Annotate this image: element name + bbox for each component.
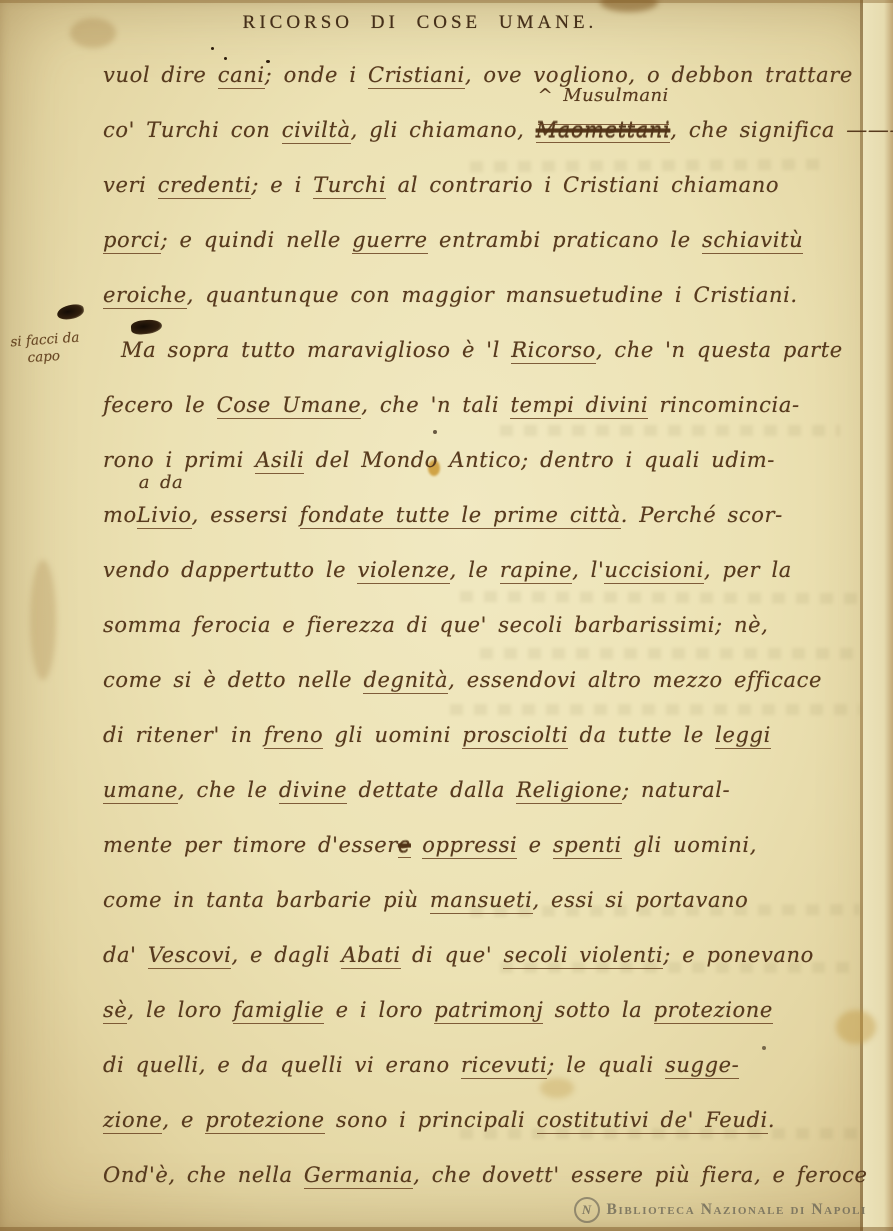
manuscript-line: Ma sopra tutto maraviglioso è 'l Ricorso… xyxy=(103,323,865,378)
manuscript-line: veri credenti; e i Turchi al contrario i… xyxy=(103,158,865,213)
manuscript-line: rono i primi Asili del Mondo Antico; den… xyxy=(103,433,865,488)
manuscript-line: come in tanta barbarie più mansueti, ess… xyxy=(103,873,865,928)
manuscript-line: di ritener' in freno gli uomini prosciol… xyxy=(103,708,865,763)
manuscript-line: porci; e quindi nelle guerre entrambi pr… xyxy=(103,213,865,268)
library-watermark-text: Biblioteca Nazionale di Napoli xyxy=(607,1201,867,1219)
library-watermark: N Biblioteca Nazionale di Napoli xyxy=(574,1197,867,1223)
manuscript-line: fecero le Cose Umane, che 'n tali tempi … xyxy=(103,378,865,433)
manuscript-line: da' Vescovi, e dagli Abati di que' secol… xyxy=(103,928,865,983)
manuscript-text: vuol dire cani; onde i Cristiani, ove vo… xyxy=(103,48,865,1203)
manuscript-line: sè, le loro famiglie e i loro patrimonj … xyxy=(103,983,865,1038)
manuscript-line: di quelli, e da quelli vi erano ricevuti… xyxy=(103,1038,865,1093)
manuscript-line: eroiche, quantunque con maggior mansuetu… xyxy=(103,268,865,323)
ink-blot-icon xyxy=(56,303,85,321)
page-top-edge xyxy=(0,0,893,3)
interlinear-insertion: a da xyxy=(139,455,183,510)
manuscript-line: zione, e protezione sono i principali co… xyxy=(103,1093,865,1148)
manuscript-line: moa daLivio, essersi fondate tutte le pr… xyxy=(103,488,865,543)
manuscript-page: RICORSO DI COSE UMANE. vuol dire cani; o… xyxy=(0,0,893,1231)
manuscript-line: vendo dappertutto le violenze, le rapine… xyxy=(103,543,865,598)
manuscript-line: Ond'è, che nella Germania, che dovett' e… xyxy=(103,1148,865,1203)
page-title: RICORSO DI COSE UMANE. xyxy=(0,12,840,34)
book-binding-edge xyxy=(0,0,46,1231)
manuscript-line: umane, che le divine dettate dalla Relig… xyxy=(103,763,865,818)
manuscript-line: come si è detto nelle degnità, essendovi… xyxy=(103,653,865,708)
manuscript-line: co' Turchi con civiltà, gli chiamano, ^ … xyxy=(103,103,865,158)
library-logo-icon: N xyxy=(574,1197,600,1223)
interlinear-insertion: ^ Musulmani xyxy=(538,68,669,125)
manuscript-line: vuol dire cani; onde i Cristiani, ove vo… xyxy=(103,48,865,103)
manuscript-line: somma ferocia e fierezza di que' secoli … xyxy=(103,598,865,653)
margin-note: si facci da capo xyxy=(10,328,107,369)
manuscript-line: mente per timore d'essere oppressi e spe… xyxy=(103,818,865,873)
page-right-strip xyxy=(863,0,893,1231)
page-bottom-edge xyxy=(0,1227,893,1231)
